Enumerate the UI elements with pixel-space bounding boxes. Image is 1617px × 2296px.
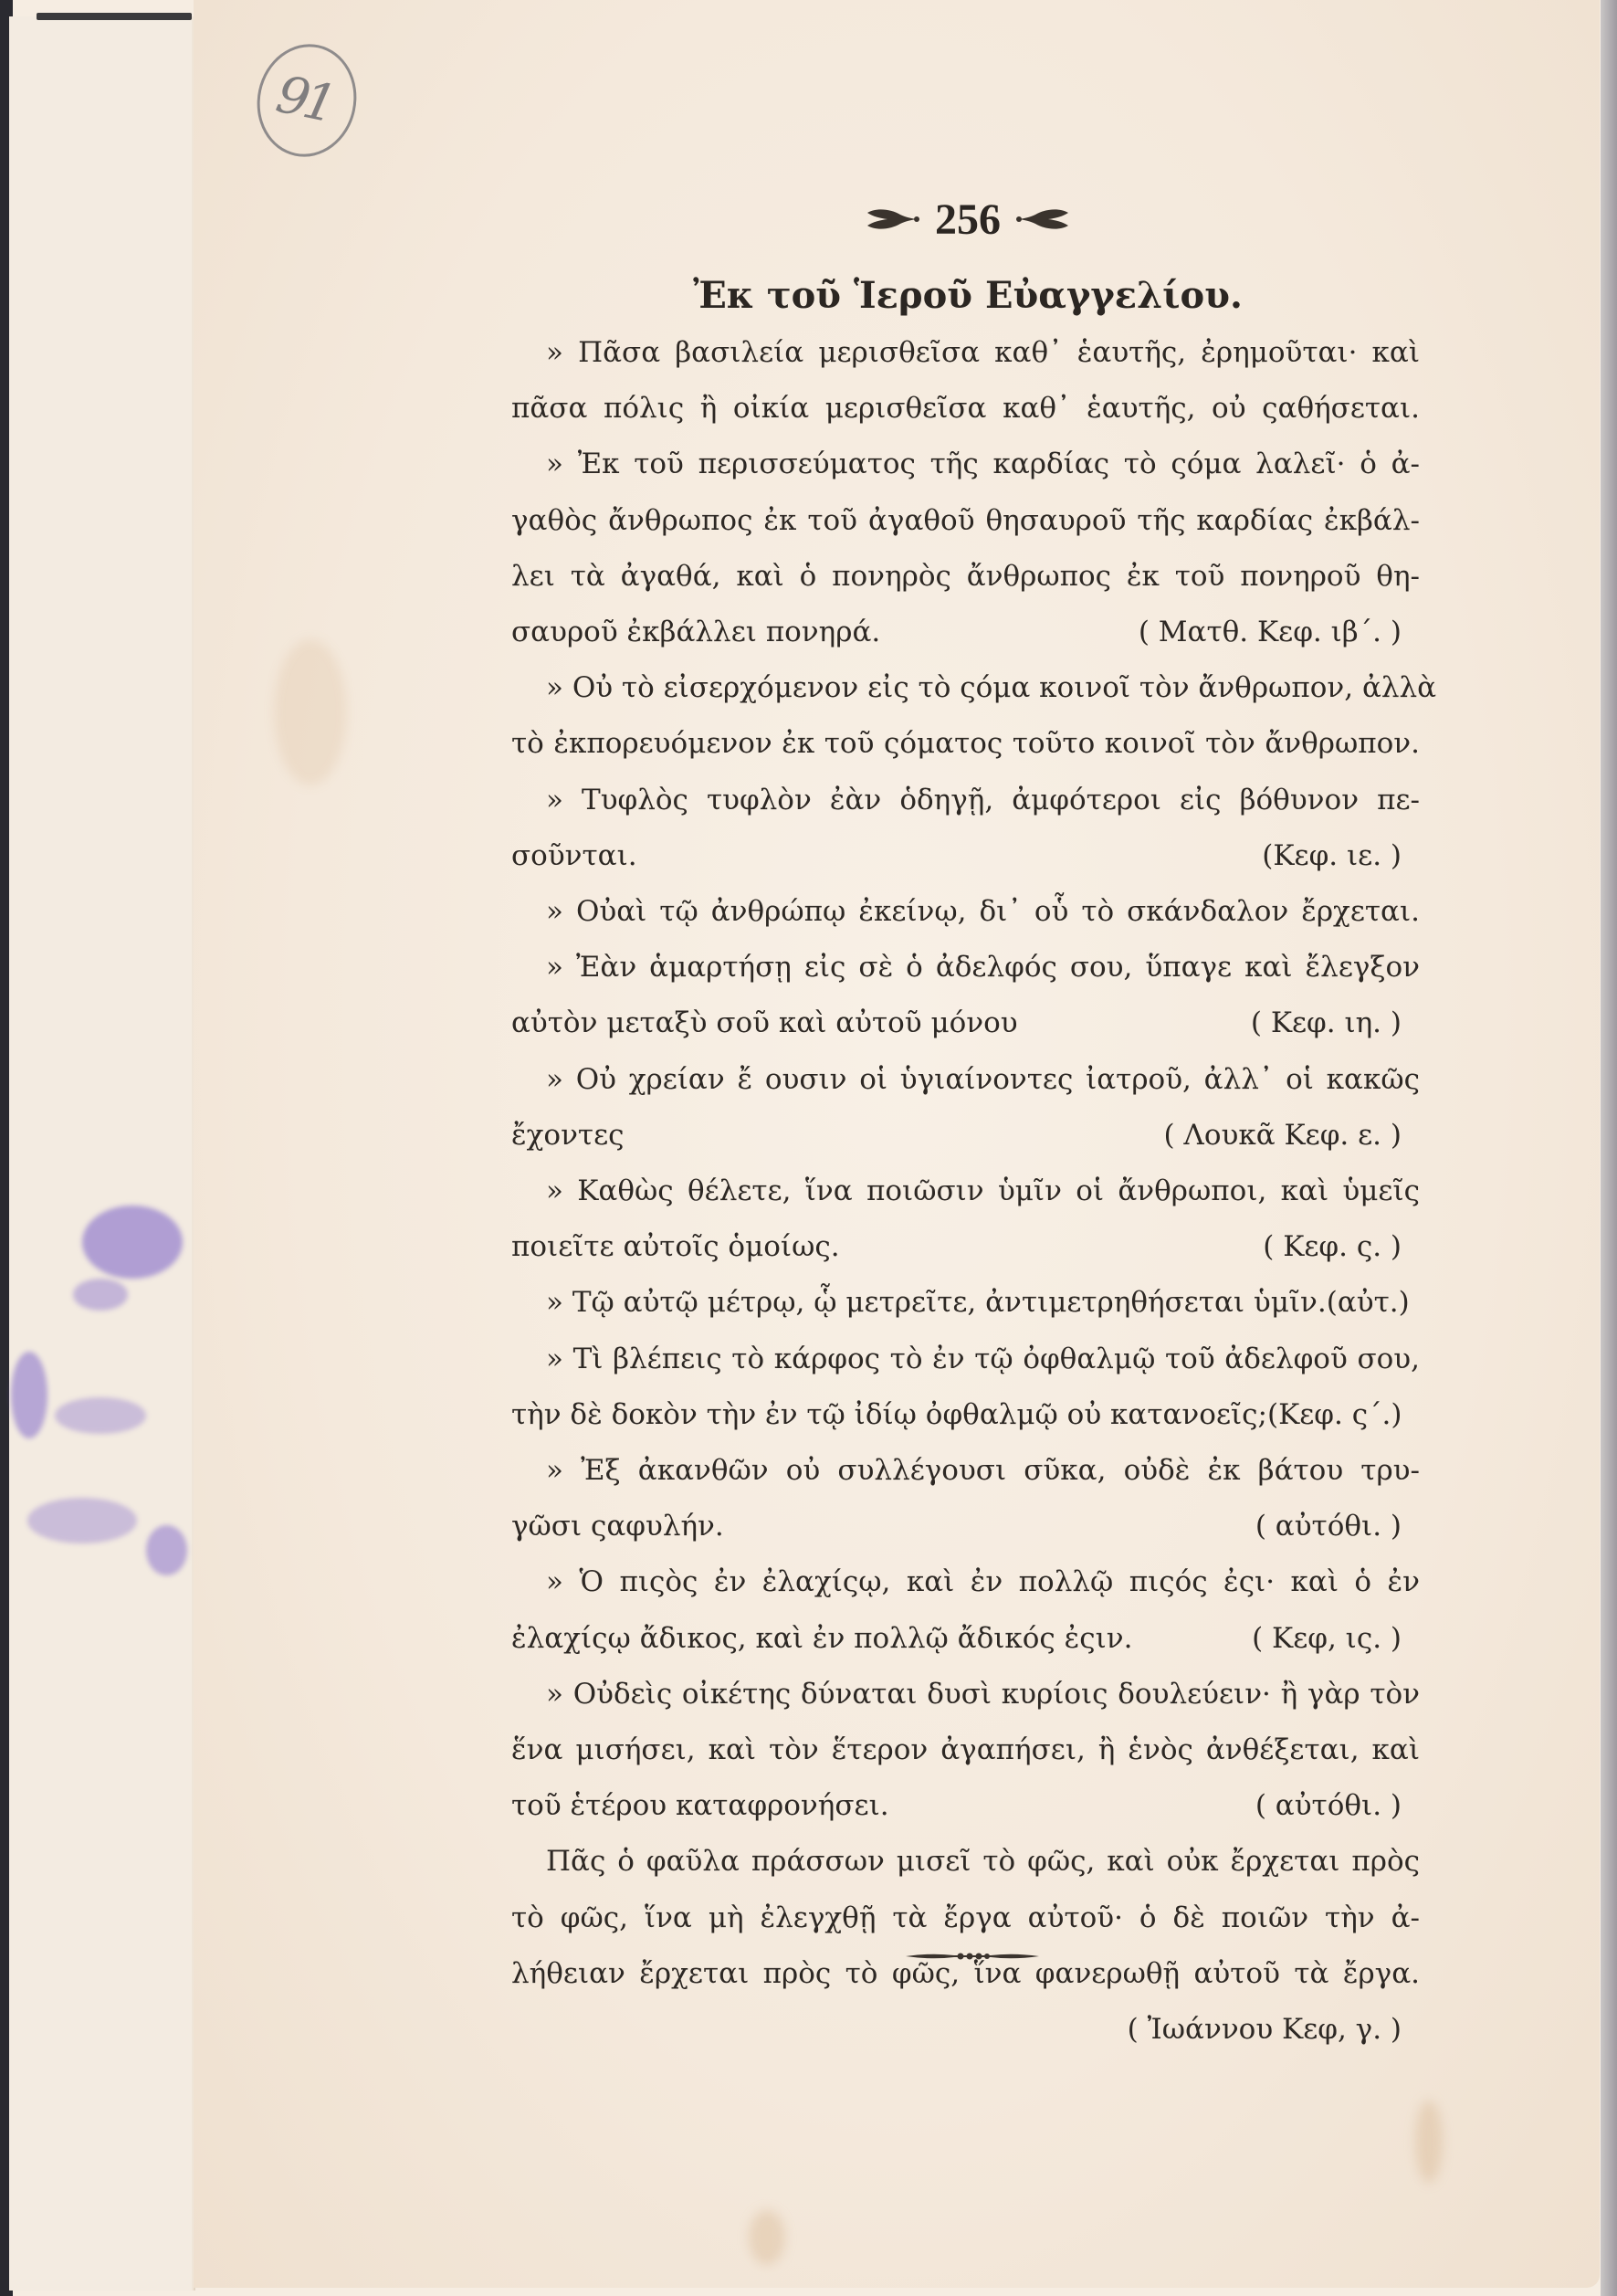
text-line: λει τὰ ἀγαθά, καὶ ὁ πονηρὸς ἄνθρωπος ἐκ … [511, 560, 1420, 593]
text-line: σοῦνται.(Κεφ. ιε. ) [511, 839, 1420, 872]
text-line: τοῦ ἑτέρου καταφρονήσει.( αὐτόθι. ) [511, 1789, 1420, 1822]
line-text: πᾶσα πόλις ἢ οἰκία μερισθεῖσα καθ᾽ ἑαυτῆ… [511, 392, 1420, 425]
ink-stain [55, 1397, 146, 1434]
text-line: » Οὐ χρείαν ἔ ουσιν οἱ ὑγιαίνοντες ἰατρο… [511, 1063, 1420, 1096]
line-text: » Ὁ πιςὸς ἐν ἐλαχίςῳ, καὶ ἐν πολλῷ πιςός… [511, 1565, 1420, 1598]
ink-stain [27, 1498, 137, 1543]
scan-background-right [1601, 0, 1617, 2296]
chapter-reference: (Κεφ. ς΄.) [1267, 1398, 1421, 1431]
line-text: » Οὐ χρείαν ἔ ουσιν οἱ ὑγιαίνοντες ἰατρο… [511, 1063, 1420, 1096]
line-text: γῶσι ςαφυλήν. [511, 1510, 724, 1543]
ink-stain [146, 1525, 187, 1575]
text-line: τὸ φῶς, ἵνα μὴ ἐλεγχθῇ τὰ ἔργα αὐτοῦ· ὁ … [511, 1901, 1420, 1934]
chapter-reference: ( Λουκᾶ Κεφ. ε. ) [1163, 1119, 1420, 1152]
page-header: 256 [849, 187, 1087, 251]
chapter-reference: ( Ἰωάννου Κεφ, γ. ) [1128, 2013, 1420, 2046]
line-text: τὴν δὲ δοκὸν τὴν ἐν τῷ ἰδίῳ ὀφθαλμῷ οὐ κ… [511, 1398, 1267, 1431]
line-text: » Οὐαὶ τῷ ἀνθρώπῳ ἐκείνῳ, δι᾽ οὗ τὸ σκάν… [511, 895, 1420, 928]
line-text: » Τῷ αὐτῷ μέτρῳ, ᾧ μετρεῖτε, ἀντιμετρηθή… [511, 1286, 1327, 1319]
text-line: » Οὐ τὸ εἰσερχόμενον εἰς τὸ ςόμα κοινοῖ … [511, 671, 1420, 704]
text-line: » Ἐὰν ἁμαρτήσῃ εἰς σὲ ὁ ἀδελφός σου, ὕπα… [511, 951, 1420, 984]
line-text: » Ἐκ τοῦ περισσεύματος τῆς καρδίας τὸ ςό… [511, 448, 1420, 480]
text-line: » Τῷ αὐτῷ μέτρῳ, ᾧ μετρεῖτε, ἀντιμετρηθή… [511, 1286, 1420, 1319]
text-line: ποιεῖτε αὐτοῖς ὁμοίως.( Κεφ. ς. ) [511, 1230, 1420, 1263]
line-text: τοῦ ἑτέρου καταφρονήσει. [511, 1789, 889, 1822]
text-line: » Οὐαὶ τῷ ἀνθρώπῳ ἐκείνῳ, δι᾽ οὗ τὸ σκάν… [511, 895, 1420, 928]
ink-stain [11, 1352, 47, 1438]
text-line: ἔχοντες( Λουκᾶ Κεφ. ε. ) [511, 1119, 1420, 1152]
line-text: αὐτὸν μεταξὺ σοῦ καὶ αὐτοῦ μόνου [511, 1006, 1018, 1039]
chapter-reference: ( αὐτόθι. ) [1255, 1510, 1420, 1543]
text-line: αὐτὸν μεταξὺ σοῦ καὶ αὐτοῦ μόνου( Κεφ. ι… [511, 1006, 1420, 1039]
chapter-reference: (αὐτ.) [1327, 1286, 1428, 1319]
section-title: Ἐκ τοῦ Ἱεροῦ Εὐαγγελίου. [511, 274, 1424, 317]
text-line: » Πᾶσα βασιλεία μερισθεῖσα καθ᾽ ἑαυτῆς, … [511, 336, 1420, 369]
left-ornament-icon [864, 205, 920, 233]
line-text: » Οὐ τὸ εἰσερχόμενον εἰς τὸ ςόμα κοινοῖ … [511, 671, 1436, 704]
text-line: » Ὁ πιςὸς ἐν ἐλαχίςῳ, καὶ ἐν πολλῷ πιςός… [511, 1565, 1420, 1598]
line-text: σαυροῦ ἐκβάλλει πονηρά. [511, 616, 880, 648]
pencil-mark-text: 91 [271, 65, 336, 134]
line-text: » Τυφλὸς τυφλὸν ἐὰν ὁδηγῇ, ἀμφότεροι εἰς… [511, 784, 1420, 816]
text-line: » Οὐδεὶς οἰκέτης δύναται δυσὶ κυρίοις δο… [511, 1678, 1420, 1711]
text-line: » Ἐξ ἀκανθῶν οὐ συλλέγουσι σῦκα, οὐδὲ ἐκ… [511, 1454, 1420, 1487]
end-ornament-divider [904, 1950, 1041, 1963]
text-line: ( Ἰωάννου Κεφ, γ. ) [511, 2013, 1420, 2046]
text-line: τὴν δὲ δοκὸν τὴν ἐν τῷ ἰδίῳ ὀφθαλμῷ οὐ κ… [511, 1398, 1420, 1431]
foxing-spot [274, 639, 347, 785]
scanned-page: 91 256 Ἐκ τοῦ Ἱεροῦ Εὐαγγελίου. » Πᾶσα β… [0, 0, 1617, 2296]
text-line: » Ἐκ τοῦ περισσεύματος τῆς καρδίας τὸ ςό… [511, 448, 1420, 480]
line-text: » Οὐδεὶς οἰκέτης δύναται δυσὶ κυρίοις δο… [511, 1678, 1420, 1711]
line-text: » Τὶ βλέπεις τὸ κάρφος τὸ ἐν τῷ ὀφθαλμῷ … [511, 1343, 1420, 1375]
foxing-spot [1415, 2101, 1443, 2183]
text-line: σαυροῦ ἐκβάλλει πονηρά.( Ματθ. Κεφ. ιβ΄.… [511, 616, 1420, 648]
text-line: γῶσι ςαφυλήν.( αὐτόθι. ) [511, 1510, 1420, 1543]
binding-strip [9, 16, 194, 2291]
line-text: ἔχοντες [511, 1119, 625, 1152]
text-line: γαθὸς ἄνθρωπος ἐκ τοῦ ἀγαθοῦ θησαυροῦ τῆ… [511, 504, 1420, 537]
line-text: » Καθὼς θέλετε, ἵνα ποιῶσιν ὑμῖν οἱ ἄνθρ… [511, 1174, 1420, 1207]
text-line: Πᾶς ὁ φαῦλα πράσσων μισεῖ τὸ φῶς, καὶ οὐ… [511, 1845, 1420, 1878]
text-line: τὸ ἐκπορευόμενον ἐκ τοῦ ςόματος τοῦτο κο… [511, 727, 1420, 760]
text-line: πᾶσα πόλις ἢ οἰκία μερισθεῖσα καθ᾽ ἑαυτῆ… [511, 392, 1420, 425]
line-text: τὸ ἐκπορευόμενον ἐκ τοῦ ςόματος τοῦτο κο… [511, 727, 1420, 760]
ink-stain [82, 1206, 183, 1279]
line-text: » Ἐξ ἀκανθῶν οὐ συλλέγουσι σῦκα, οὐδὲ ἐκ… [511, 1454, 1420, 1487]
right-ornament-icon [1015, 205, 1072, 233]
line-text: Πᾶς ὁ φαῦλα πράσσων μισεῖ τὸ φῶς, καὶ οὐ… [511, 1845, 1420, 1878]
chapter-reference: (Κεφ. ιε. ) [1262, 839, 1420, 872]
text-line: » Καθὼς θέλετε, ἵνα ποιῶσιν ὑμῖν οἱ ἄνθρ… [511, 1174, 1420, 1207]
line-text: ἕνα μισήσει, καὶ τὸν ἕτερον ἀγαπήσει, ἢ … [511, 1733, 1420, 1766]
foxing-spot [749, 2210, 785, 2265]
line-text: » Ἐὰν ἁμαρτήσῃ εἰς σὲ ὁ ἀδελφός σου, ὕπα… [511, 951, 1420, 984]
text-line: » Τυφλὸς τυφλὸν ἐὰν ὁδηγῇ, ἀμφότεροι εἰς… [511, 784, 1420, 816]
torn-edge-shadow [37, 13, 192, 20]
chapter-reference: ( Ματθ. Κεφ. ιβ΄. ) [1139, 616, 1420, 648]
line-text: λει τὰ ἀγαθά, καὶ ὁ πονηρὸς ἄνθρωπος ἐκ … [511, 560, 1420, 593]
text-line: ἕνα μισήσει, καὶ τὸν ἕτερον ἀγαπήσει, ἢ … [511, 1733, 1420, 1766]
line-text: ποιεῖτε αὐτοῖς ὁμοίως. [511, 1230, 840, 1263]
chapter-reference: ( Κεφ, ις. ) [1252, 1622, 1420, 1655]
line-text: γαθὸς ἄνθρωπος ἐκ τοῦ ἀγαθοῦ θησαυροῦ τῆ… [511, 504, 1420, 537]
chapter-reference: ( Κεφ. ιη. ) [1251, 1006, 1420, 1039]
line-text: σοῦνται. [511, 839, 637, 872]
line-text: ἐλαχίςῳ ἄδικος, καὶ ἐν πολλῷ ἄδικός ἐςιν… [511, 1622, 1133, 1655]
text-line: ἐλαχίςῳ ἄδικος, καὶ ἐν πολλῷ ἄδικός ἐςιν… [511, 1622, 1420, 1655]
ink-stain [73, 1279, 128, 1311]
line-text: τὸ φῶς, ἵνα μὴ ἐλεγχθῇ τὰ ἔργα αὐτοῦ· ὁ … [511, 1901, 1420, 1934]
chapter-reference: ( αὐτόθι. ) [1255, 1789, 1420, 1822]
page-number: 256 [935, 195, 1001, 245]
chapter-reference: ( Κεφ. ς. ) [1263, 1230, 1420, 1263]
text-line: » Τὶ βλέπεις τὸ κάρφος τὸ ἐν τῷ ὀφθαλμῷ … [511, 1343, 1420, 1375]
line-text: » Πᾶσα βασιλεία μερισθεῖσα καθ᾽ ἑαυτῆς, … [511, 336, 1420, 369]
